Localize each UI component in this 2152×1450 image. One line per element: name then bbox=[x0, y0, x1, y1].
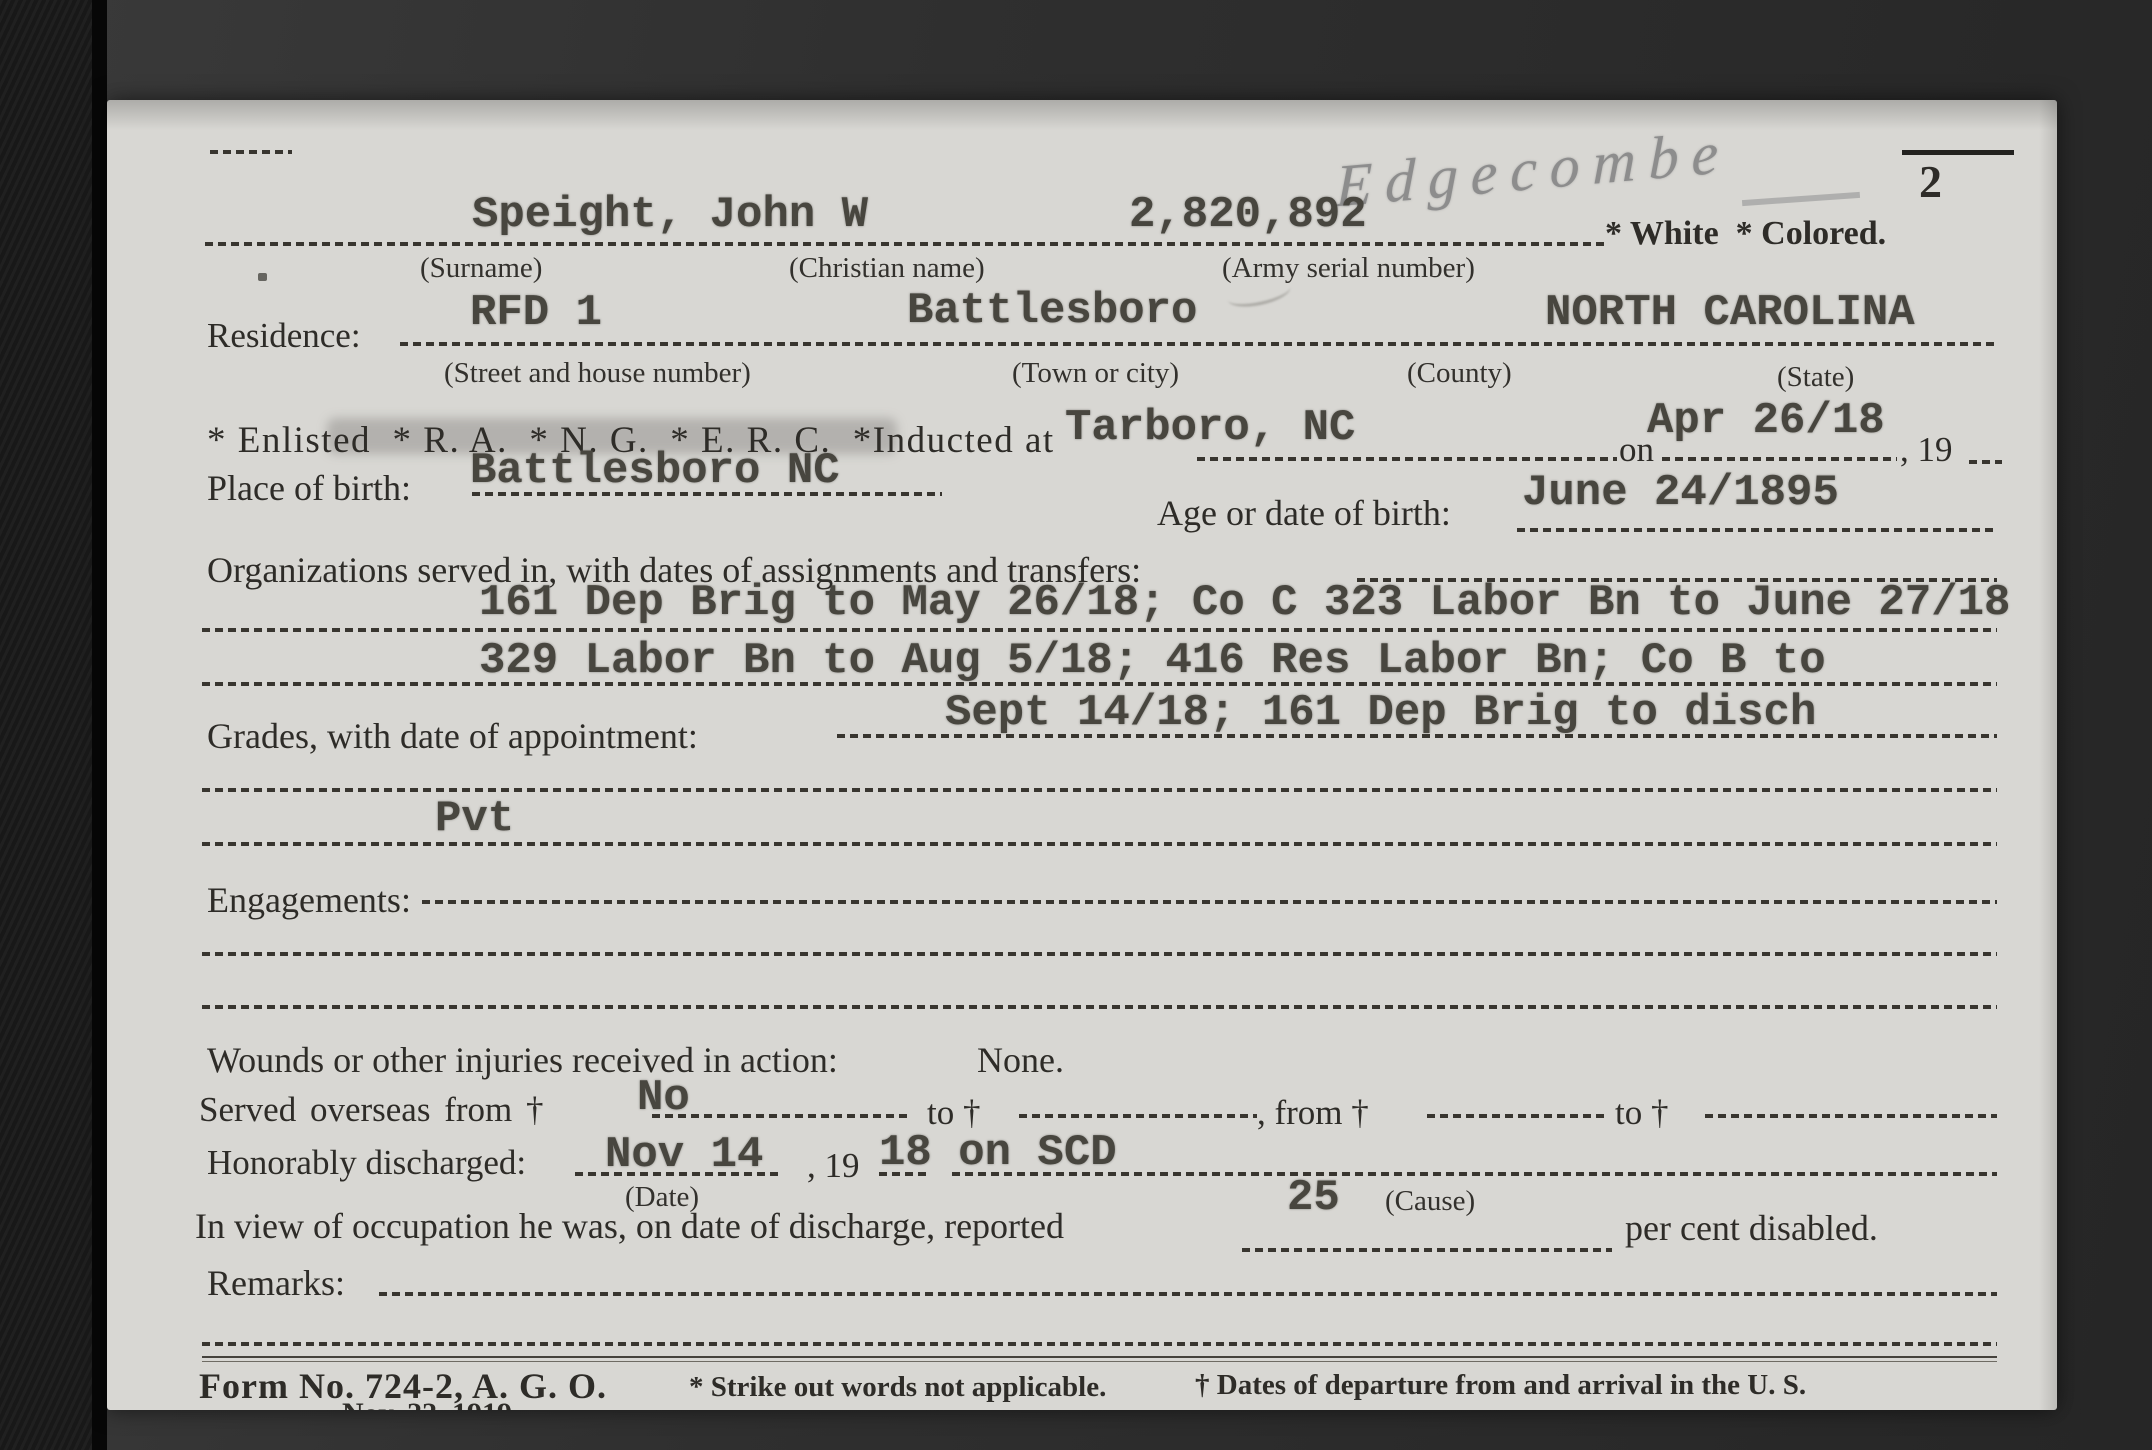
percent-disabled-value: 25 bbox=[1287, 1175, 1340, 1221]
inducted-place-value: Tarboro, NC bbox=[1065, 405, 1355, 451]
residence-label: Residence: bbox=[207, 318, 361, 355]
engagements-label: Engagements: bbox=[207, 882, 411, 920]
christian-name-label: (Christian name) bbox=[789, 253, 985, 283]
cause-label: (Cause) bbox=[1385, 1186, 1475, 1216]
blank-ruled-line bbox=[202, 788, 1997, 792]
ink-speck bbox=[258, 273, 267, 281]
induction-date-ruled-line bbox=[1662, 457, 1897, 461]
discharge-cause-ruled-line bbox=[952, 1172, 1997, 1176]
grade-value: Pvt bbox=[435, 796, 514, 842]
engagements-ruled-line bbox=[422, 900, 1997, 904]
strike-out-note: * Strike out words not applicable. bbox=[689, 1372, 1106, 1402]
discharge-year-19-label: , 19 bbox=[807, 1148, 860, 1185]
name-ruled-line bbox=[205, 242, 1605, 246]
film-edge-strip bbox=[0, 0, 92, 1450]
surname-value: Speight, John W bbox=[472, 192, 868, 238]
date-of-birth-ruled-line bbox=[1517, 528, 1997, 532]
organizations-line1-value: 161 Dep Brig to May 26/18; Co C 323 Labo… bbox=[479, 580, 2010, 626]
ruled-line bbox=[202, 682, 1997, 686]
year-ruled-line bbox=[1969, 460, 2002, 464]
overseas-ruled-line bbox=[1705, 1114, 1997, 1118]
town-label: (Town or city) bbox=[1012, 358, 1179, 388]
remarks-ruled-line bbox=[379, 1292, 1997, 1296]
handwriting-flourish bbox=[1742, 192, 1860, 206]
residence-street-value: RFD 1 bbox=[470, 290, 602, 336]
grades-ruled-line bbox=[837, 734, 1997, 738]
street-label: (Street and house number) bbox=[444, 358, 751, 388]
overseas-ruled-line bbox=[1019, 1114, 1257, 1118]
form-date: Nov. 22, 1919 bbox=[342, 1398, 512, 1410]
age-or-dob-label: Age or date of birth: bbox=[1157, 495, 1451, 533]
blank-ruled-line bbox=[202, 952, 1997, 956]
departure-dates-note: † Dates of departure from and arrival in… bbox=[1195, 1370, 1806, 1400]
residence-state-value: NORTH CAROLINA bbox=[1545, 290, 1915, 336]
county-label: (County) bbox=[1407, 358, 1512, 388]
wounds-label: Wounds or other injuries received in act… bbox=[207, 1042, 838, 1080]
race-options: * White * Colored. bbox=[1605, 216, 1886, 252]
state-label: (State) bbox=[1777, 362, 1854, 392]
blank-ruled-line bbox=[202, 1005, 1997, 1009]
place-of-birth-value: Battlesboro NC bbox=[470, 448, 840, 494]
organizations-line3-value: Sept 14/18; 161 Dep Brig to disch bbox=[945, 690, 1816, 736]
page-number-overline bbox=[1902, 150, 2014, 155]
disability-ruled-line bbox=[1242, 1248, 1612, 1252]
residence-ruled-line bbox=[400, 342, 1997, 346]
serial-number-value: 2,820,892 bbox=[1129, 192, 1367, 238]
serial-number-label: (Army serial number) bbox=[1222, 253, 1475, 283]
blank-ruled-line bbox=[202, 1342, 1997, 1346]
year-19-label: , 19 bbox=[1900, 432, 1953, 469]
discharge-label: Honorably discharged: bbox=[207, 1145, 526, 1182]
page-number: 2 bbox=[1919, 158, 1942, 206]
top-left-dash bbox=[210, 150, 292, 154]
service-record-card: Edgecombe 2 Speight, John W 2,820,892 * … bbox=[107, 100, 2057, 1410]
film-edge-seam bbox=[92, 0, 107, 1450]
grades-label: Grades, with date of appointment: bbox=[207, 718, 698, 756]
overseas-to1-label: to † bbox=[927, 1095, 980, 1132]
inducted-ruled-line bbox=[1197, 457, 1617, 461]
residence-town-value: Battlesboro bbox=[907, 288, 1197, 334]
date-of-birth-value: June 24/1895 bbox=[1522, 470, 1839, 516]
discharge-year-value: 18 on SCD bbox=[879, 1130, 1117, 1176]
footer-separator-line bbox=[202, 1356, 1997, 1362]
overseas-to2-label: to † bbox=[1615, 1095, 1668, 1132]
remarks-label: Remarks: bbox=[207, 1265, 345, 1303]
surname-label: (Surname) bbox=[420, 253, 542, 283]
place-of-birth-ruled-line bbox=[472, 492, 942, 496]
overseas-ruled-line bbox=[1427, 1114, 1607, 1118]
induction-date-value: Apr 26/18 bbox=[1647, 398, 1885, 444]
discharge-date-ruled-line bbox=[575, 1172, 780, 1176]
county-handwritten: Edgecombe bbox=[1335, 121, 1731, 219]
organizations-line2-value: 329 Labor Bn to Aug 5/18; 416 Res Labor … bbox=[479, 638, 1826, 684]
scanned-record-page: Edgecombe 2 Speight, John W 2,820,892 * … bbox=[0, 0, 2152, 1450]
blank-ruled-line bbox=[202, 842, 1997, 846]
overseas-ruled-line bbox=[652, 1114, 912, 1118]
wounds-value: None. bbox=[977, 1042, 1064, 1080]
overseas-label: Served overseas from † bbox=[199, 1092, 543, 1129]
overseas-from2-label: , from † bbox=[1257, 1095, 1369, 1132]
ruled-line bbox=[202, 628, 1997, 632]
place-of-birth-label: Place of birth: bbox=[207, 470, 411, 508]
disability-label: In view of occupation he was, on date of… bbox=[195, 1208, 1064, 1246]
percent-disabled-label: per cent disabled. bbox=[1625, 1210, 1878, 1248]
